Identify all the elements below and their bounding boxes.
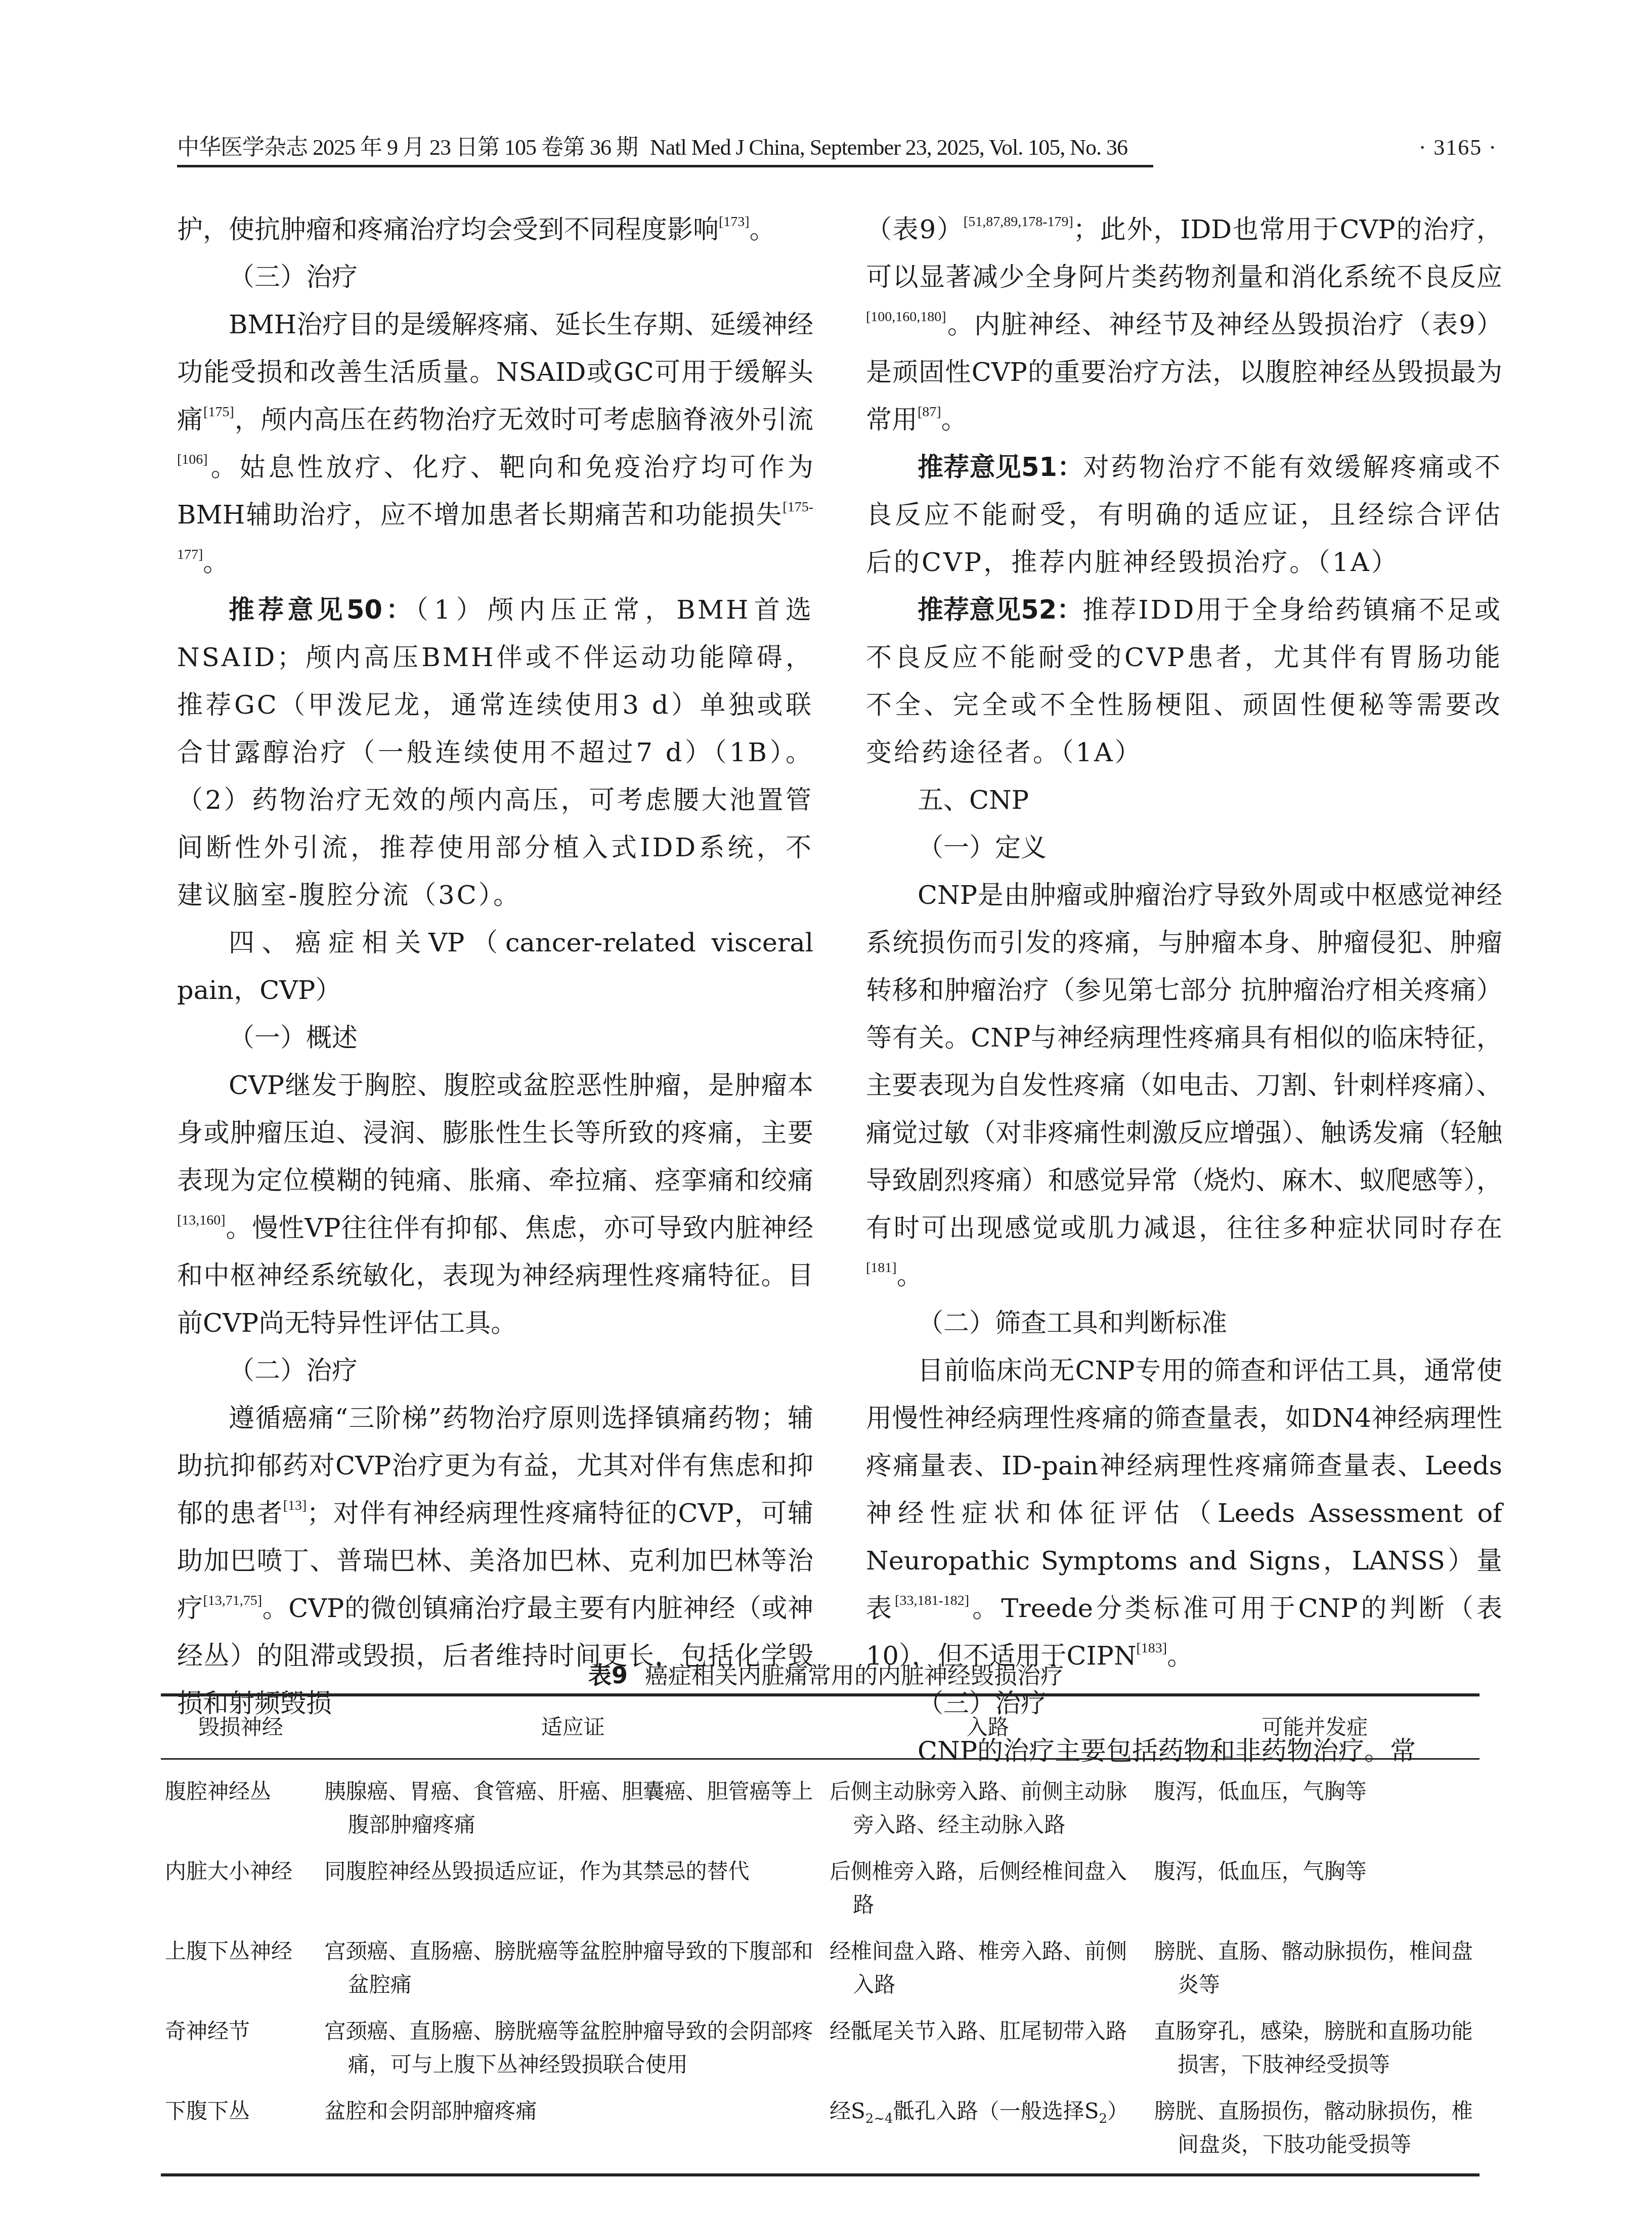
right-column: （表9）[51,87,89,178-179]；此外，IDD也常用于CVP的治疗，… — [866, 206, 1502, 1775]
cell-nerve: 奇神经节 — [161, 2009, 321, 2088]
cell-indication: 宫颈癌、直肠癌、膀胱癌等盆腔肿瘤导致的下腹部和盆腔痛 — [325, 1935, 821, 2001]
table-number: 表9 — [588, 1662, 628, 1689]
paragraph: 护，使抗肿瘤和疼痛治疗均会受到不同程度影响[173]。 — [177, 206, 813, 254]
recommendation-label: 推荐意见50： — [229, 595, 415, 625]
subheading-definition: （一）定义 — [866, 824, 1502, 872]
journal-citation: 中华医学杂志 2025 年 9 月 23 日第 105 卷第 36 期Natl … — [177, 133, 1153, 167]
table-row: 内脏大小神经 同腹腔神经丛毁损适应证，作为其禁忌的替代 后侧椎旁入路，后侧经椎间… — [161, 1849, 1480, 1929]
cell-complications: 膀胱、直肠损伤，髂动脉损伤，椎间盘炎，下肢功能受损等 — [1154, 2095, 1475, 2161]
page-number: · 3165 · — [1419, 133, 1497, 163]
running-header: 中华医学杂志 2025 年 9 月 23 日第 105 卷第 36 期Natl … — [177, 133, 1497, 163]
subheading-treatment: （二）治疗 — [177, 1347, 813, 1395]
citation-ref[interactable]: [173] — [719, 214, 750, 230]
paragraph: CVP继发于胸腔、腹腔或盆腔恶性肿瘤，是肿瘤本身或肿瘤压迫、浸润、膨胀性生长等所… — [177, 1062, 813, 1347]
cell-indication: 胰腺癌、胃癌、食管癌、肝癌、胆囊癌、胆管癌等上腹部肿瘤疼痛 — [325, 1775, 821, 1842]
header-indication: 适应证 — [321, 1695, 825, 1759]
citation-ref[interactable]: [181] — [866, 1260, 897, 1276]
table-row: 奇神经节 宫颈癌、直肠癌、膀胱癌等盆腔肿瘤导致的会阴部疼痛，可与上腹下丛神经毁损… — [161, 2009, 1480, 2088]
header-complications: 可能并发症 — [1150, 1695, 1480, 1759]
paragraph: BMH治疗目的是缓解疼痛、延长生存期、延缓神经功能受损和改善生活质量。NSAID… — [177, 301, 813, 587]
citation-ref[interactable]: [51,87,89,178-179] — [964, 214, 1073, 230]
header-approach: 入路 — [825, 1695, 1150, 1759]
table-title: 癌症相关内脏痛常用的内脏神经毁损治疗 — [645, 1662, 1064, 1689]
cell-complications: 直肠穿孔，感染，膀胱和直肠功能损害，下肢神经受损等 — [1154, 2015, 1475, 2081]
section-heading-cvp: 四、癌症相关VP（cancer-related visceral pain，CV… — [177, 920, 813, 1015]
recommendation-label: 推荐意见52： — [918, 595, 1082, 625]
cell-approach: 后侧椎旁入路，后侧经椎间盘入路 — [830, 1855, 1146, 1922]
cell-approach: 经骶尾关节入路、肛尾韧带入路 — [830, 2015, 1146, 2048]
citation-ref[interactable]: [13] — [283, 1498, 307, 1513]
cell-complications: 腹泻，低血压，气胸等 — [1154, 1855, 1475, 1888]
subheading-screening: （二）筛查工具和判断标准 — [866, 1300, 1502, 1347]
citation-ref[interactable]: [33,181-182] — [895, 1593, 969, 1608]
cell-approach: 后侧主动脉旁入路、前侧主动脉旁入路、经主动脉入路 — [830, 1775, 1146, 1842]
recommendation-50: 推荐意见50：（1）颅内压正常，BMH首选NSAID；颅内高压BMH伴或不伴运动… — [177, 587, 813, 920]
section-heading-treatment: （三）治疗 — [177, 254, 813, 301]
table-9: 毁损神经 适应证 入路 可能并发症 腹腔神经丛 胰腺癌、胃癌、食管癌、肝癌、胆囊… — [161, 1693, 1480, 2176]
citation-ref[interactable]: [183] — [1137, 1640, 1167, 1656]
recommendation-51: 推荐意见51：对药物治疗不能有效缓解疼痛或不良反应不能耐受，有明确的适应证，且经… — [866, 444, 1502, 587]
paragraph: 目前临床尚无CNP专用的筛查和评估工具，通常使用慢性神经病理性疼痛的筛查量表，如… — [866, 1347, 1502, 1680]
subheading-overview: （一）概述 — [177, 1015, 813, 1062]
left-column: 护，使抗肿瘤和疼痛治疗均会受到不同程度影响[173]。 （三）治疗 BMH治疗目… — [177, 206, 813, 1728]
nerve-ablation-table: 毁损神经 适应证 入路 可能并发症 腹腔神经丛 胰腺癌、胃癌、食管癌、肝癌、胆囊… — [161, 1693, 1480, 2176]
table-row: 下腹下丛 盆腔和会阴部肿瘤疼痛 经S2~4骶孔入路（一般选择S2） 膀胱、直肠损… — [161, 2088, 1480, 2175]
cell-approach: 经S2~4骶孔入路（一般选择S2） — [830, 2095, 1146, 2128]
citation-ref[interactable]: [13,71,75] — [203, 1593, 263, 1608]
citation-ref[interactable]: [175] — [203, 404, 234, 420]
table-header-row: 毁损神经 适应证 入路 可能并发症 — [161, 1695, 1480, 1759]
paragraph: （表9）[51,87,89,178-179]；此外，IDD也常用于CVP的治疗，… — [866, 206, 1502, 444]
table-caption: 表9癌症相关内脏痛常用的内脏神经毁损治疗 — [0, 1660, 1652, 1690]
citation-ref[interactable]: [87] — [918, 404, 941, 420]
paragraph: CNP是由肿瘤或肿瘤治疗导致外周或中枢感觉神经系统损伤而引发的疼痛，与肿瘤本身、… — [866, 872, 1502, 1300]
journal-name-cn: 中华医学杂志 2025 年 9 月 23 日第 105 卷第 36 期 — [177, 135, 638, 160]
cell-nerve: 腹腔神经丛 — [161, 1759, 321, 1849]
cell-indication: 盆腔和会阴部肿瘤疼痛 — [325, 2095, 821, 2128]
cell-nerve: 内脏大小神经 — [161, 1849, 321, 1929]
cell-nerve: 下腹下丛 — [161, 2088, 321, 2175]
cell-indication: 同腹腔神经丛毁损适应证，作为其禁忌的替代 — [325, 1855, 821, 1888]
recommendation-52: 推荐意见52：推荐IDD用于全身给药镇痛不足或不良反应不能耐受的CVP患者，尤其… — [866, 587, 1502, 777]
recommendation-label: 推荐意见51： — [918, 453, 1083, 483]
cell-nerve: 上腹下丛神经 — [161, 1929, 321, 2009]
header-nerve: 毁损神经 — [161, 1695, 321, 1759]
table-row: 腹腔神经丛 胰腺癌、胃癌、食管癌、肝癌、胆囊癌、胆管癌等上腹部肿瘤疼痛 后侧主动… — [161, 1759, 1480, 1849]
citation-ref[interactable]: [100,160,180] — [866, 309, 946, 325]
section-heading-cnp: 五、CNP — [866, 777, 1502, 824]
citation-ref[interactable]: [13,160] — [177, 1212, 226, 1228]
table-row: 上腹下丛神经 宫颈癌、直肠癌、膀胱癌等盆腔肿瘤导致的下腹部和盆腔痛 经椎间盘入路… — [161, 1929, 1480, 2009]
citation-ref[interactable]: [106] — [177, 452, 208, 467]
cell-approach: 经椎间盘入路、椎旁入路、前侧入路 — [830, 1935, 1146, 2001]
journal-name-en: Natl Med J China, September 23, 2025, Vo… — [650, 135, 1127, 160]
cell-complications: 腹泻，低血压，气胸等 — [1154, 1775, 1475, 1808]
cell-complications: 膀胱、直肠、髂动脉损伤，椎间盘炎等 — [1154, 1935, 1475, 2001]
cell-indication: 宫颈癌、直肠癌、膀胱癌等盆腔肿瘤导致的会阴部疼痛，可与上腹下丛神经毁损联合使用 — [325, 2015, 821, 2081]
